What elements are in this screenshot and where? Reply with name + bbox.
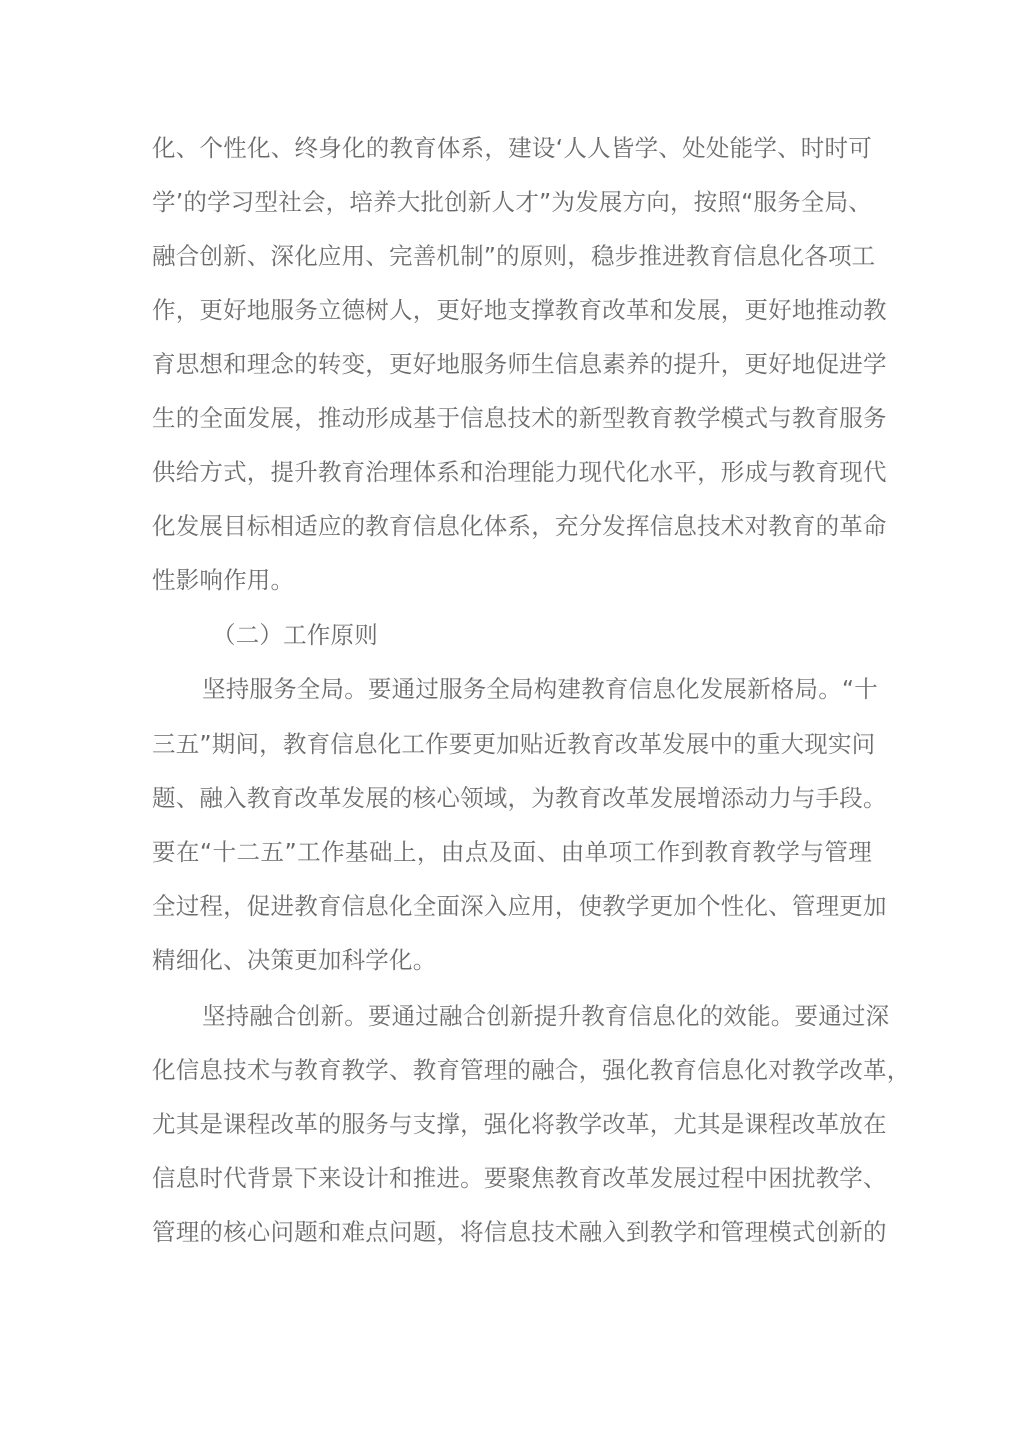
text-line: 题、融入教育改革发展的核心领域，为教育改革发展增添动力与手段。 <box>152 780 872 816</box>
text-line: 融合创新、深化应用、完善机制”的原则，稳步推进教育信息化各项工 <box>152 238 872 274</box>
text-line: 三五”期间，教育信息化工作要更加贴近教育改革发展中的重大现实问 <box>152 726 872 762</box>
text-line: 育思想和理念的转变，更好地服务师生信息素养的提升，更好地促进学 <box>152 346 872 382</box>
text-line: 生的全面发展，推动形成基于信息技术的新型教育教学模式与教育服务 <box>152 400 872 436</box>
text-line: 坚持融合创新。要通过融合创新提升教育信息化的效能。要通过深 <box>152 998 872 1034</box>
text-line: 坚持服务全局。要通过服务全局构建教育信息化发展新格局。“十 <box>152 671 872 707</box>
section-heading: （二）工作原则 <box>152 617 872 653</box>
text-line: 化信息技术与教育教学、教育管理的融合，强化教育信息化对教学改革， <box>152 1052 872 1088</box>
text-line: 学’的学习型社会，培养大批创新人才”为发展方向，按照“服务全局、 <box>152 184 872 220</box>
text-line: 全过程，促进教育信息化全面深入应用，使教学更加个性化、管理更加 <box>152 888 872 924</box>
text-line: 化、个性化、终身化的教育体系，建设‘人人皆学、处处能学、时时可 <box>152 130 872 166</box>
text-line: 性影响作用。 <box>152 562 872 598</box>
text-line: 化发展目标相适应的教育信息化体系，充分发挥信息技术对教育的革命 <box>152 508 872 544</box>
text-line: 精细化、决策更加科学化。 <box>152 942 872 978</box>
text-line: 管理的核心问题和难点问题，将信息技术融入到教学和管理模式创新的 <box>152 1214 872 1250</box>
text-line: 作，更好地服务立德树人，更好地支撑教育改革和发展，更好地推动教 <box>152 292 872 328</box>
text-line: 供给方式，提升教育治理体系和治理能力现代化水平，形成与教育现代 <box>152 454 872 490</box>
text-line: 要在“十二五”工作基础上，由点及面、由单项工作到教育教学与管理 <box>152 834 872 870</box>
text-line: 信息时代背景下来设计和推进。要聚焦教育改革发展过程中困扰教学、 <box>152 1160 872 1196</box>
text-line: 尤其是课程改革的服务与支撑，强化将教学改革，尤其是课程改革放在 <box>152 1106 872 1142</box>
